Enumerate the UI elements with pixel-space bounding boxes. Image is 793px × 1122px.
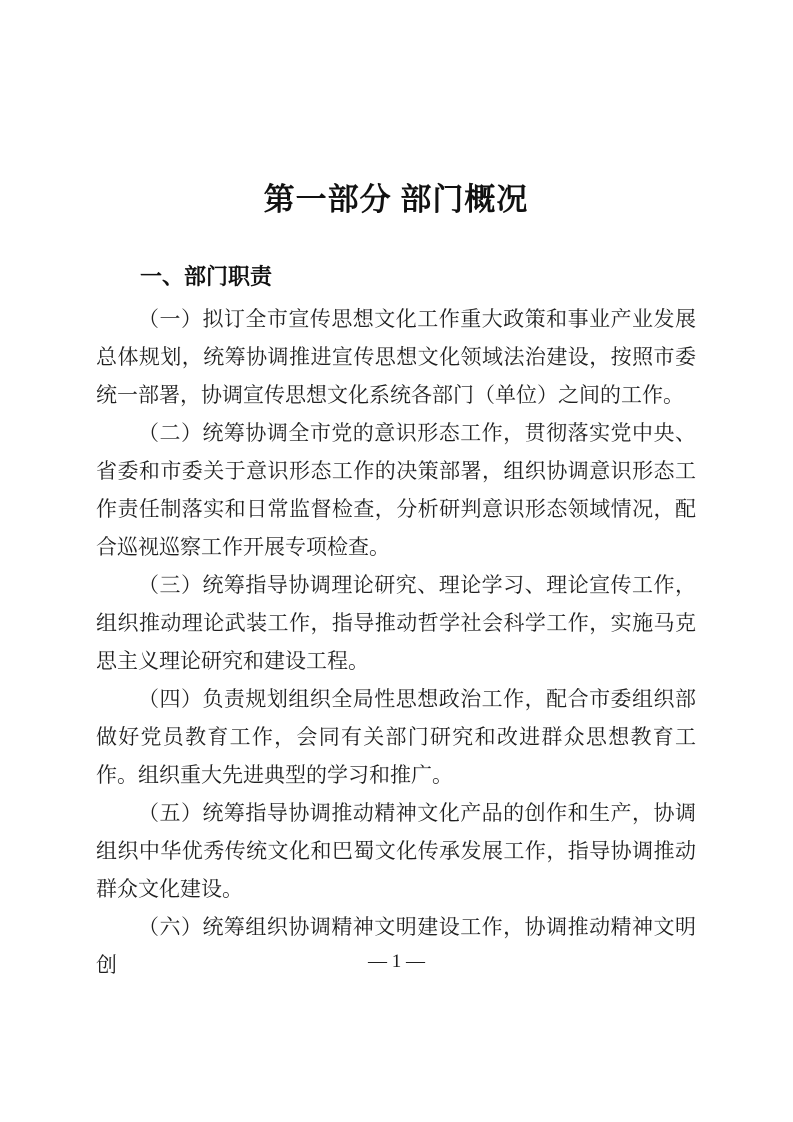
paragraph-1: （一）拟订全市宣传思想文化工作重大政策和事业产业发展总体规划，统筹协调推进宣传思… — [96, 300, 696, 414]
document-page: 第一部分 部门概况 一、部门职责 （一）拟订全市宣传思想文化工作重大政策和事业产… — [0, 0, 793, 1122]
paragraph-4: （四）负责规划组织全局性思想政治工作，配合市委组织部做好党员教育工作，会同有关部… — [96, 680, 696, 794]
document-title: 第一部分 部门概况 — [96, 182, 696, 218]
page-number: — 1 — — [0, 950, 793, 974]
section-heading: 一、部门职责 — [96, 264, 696, 290]
paragraph-2: （二）统筹协调全市党的意识形态工作，贯彻落实党中央、省委和市委关于意识形态工作的… — [96, 414, 696, 566]
paragraph-5: （五）统筹指导协调推动精神文化产品的创作和生产，协调组织中华优秀传统文化和巴蜀文… — [96, 794, 696, 908]
paragraph-3: （三）统筹指导协调理论研究、理论学习、理论宣传工作，组织推动理论武装工作，指导推… — [96, 566, 696, 680]
